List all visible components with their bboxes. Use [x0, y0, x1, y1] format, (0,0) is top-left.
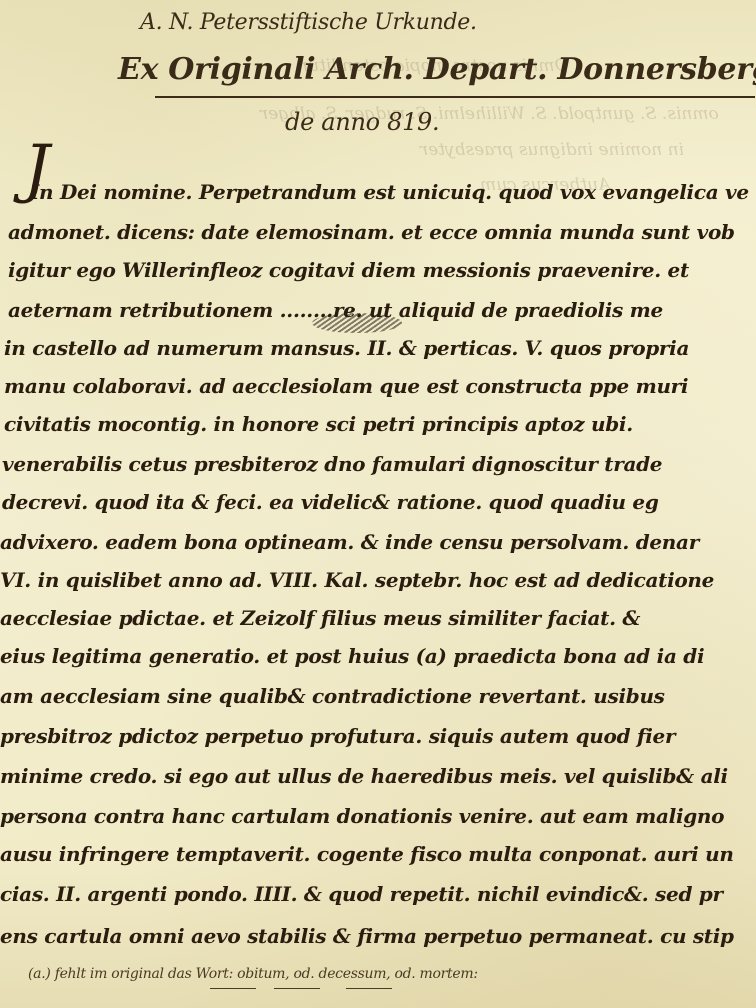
manuscript-line: VI. in quislibet anno ad. VIII. Kal. sep… — [0, 568, 714, 592]
footnote-text: fehlt im original das Wort: obitum, od. … — [55, 966, 478, 982]
manuscript-line: decrevi. quod ita & feci. ea videlic& ra… — [2, 490, 659, 514]
manuscript-line: advixero. eadem bona optineam. & inde ce… — [0, 530, 699, 554]
header-underline — [155, 96, 755, 98]
manuscript-line: cias. II. argenti pondo. IIII. & quod re… — [0, 882, 723, 906]
manuscript-line: ausu infringere temptaverit. cogente fis… — [0, 842, 734, 866]
archive-label: A. N. Petersstiftische Urkunde. — [140, 10, 477, 35]
archive-source: Ex Originali Arch. Depart. Donnersberg. — [118, 52, 756, 87]
footnote-underline — [210, 988, 256, 989]
manuscript-line: am aecclesiam sine qualib& contradiction… — [0, 684, 665, 708]
manuscript-line: igitur ego Willerinfleoz cogitavi diem m… — [8, 258, 689, 282]
manuscript-line: civitatis mocontig. in honore sci petri … — [4, 412, 633, 436]
manuscript-line: in castello ad numerum mansus. II. & per… — [4, 336, 689, 360]
manuscript-line: eius legitima generatio. et post huius (… — [0, 644, 704, 668]
bleed-through-text: in nomine indignus praesbyter — [420, 140, 684, 160]
manuscript-line: manu colaboravi. ad aecclesiolam que est… — [4, 374, 688, 398]
manuscript-line: presbitroz pdictoz perpetuo profutura. s… — [0, 724, 675, 748]
document-date: de anno 819. — [285, 108, 439, 136]
manuscript-line: persona contra hanc cartulam donationis … — [0, 804, 724, 828]
manuscript-line: aecclesiae pdictae. et Zeizolf filius me… — [0, 606, 640, 630]
footnote: (a.) fehlt im original das Wort: obitum,… — [28, 966, 478, 982]
ink-smudge — [312, 313, 402, 333]
manuscript-line: In Dei nomine. Perpetrandum est unicuiq.… — [30, 180, 749, 204]
manuscript-line: minime credo. si ego aut ullus de haered… — [0, 764, 728, 788]
footnote-marker: (a.) — [28, 966, 51, 982]
manuscript-line: venerabilis cetus presbiteroz dno famula… — [2, 452, 662, 476]
footnote-underline — [274, 988, 320, 989]
footnote-underline — [346, 988, 392, 989]
manuscript-page: Omnis nostra inopia ostenditur omnis. S.… — [0, 0, 756, 1008]
manuscript-line: ens cartula omni aevo stabilis & firma p… — [0, 924, 734, 948]
manuscript-line: admonet. dicens: date elemosinam. et ecc… — [8, 220, 735, 244]
